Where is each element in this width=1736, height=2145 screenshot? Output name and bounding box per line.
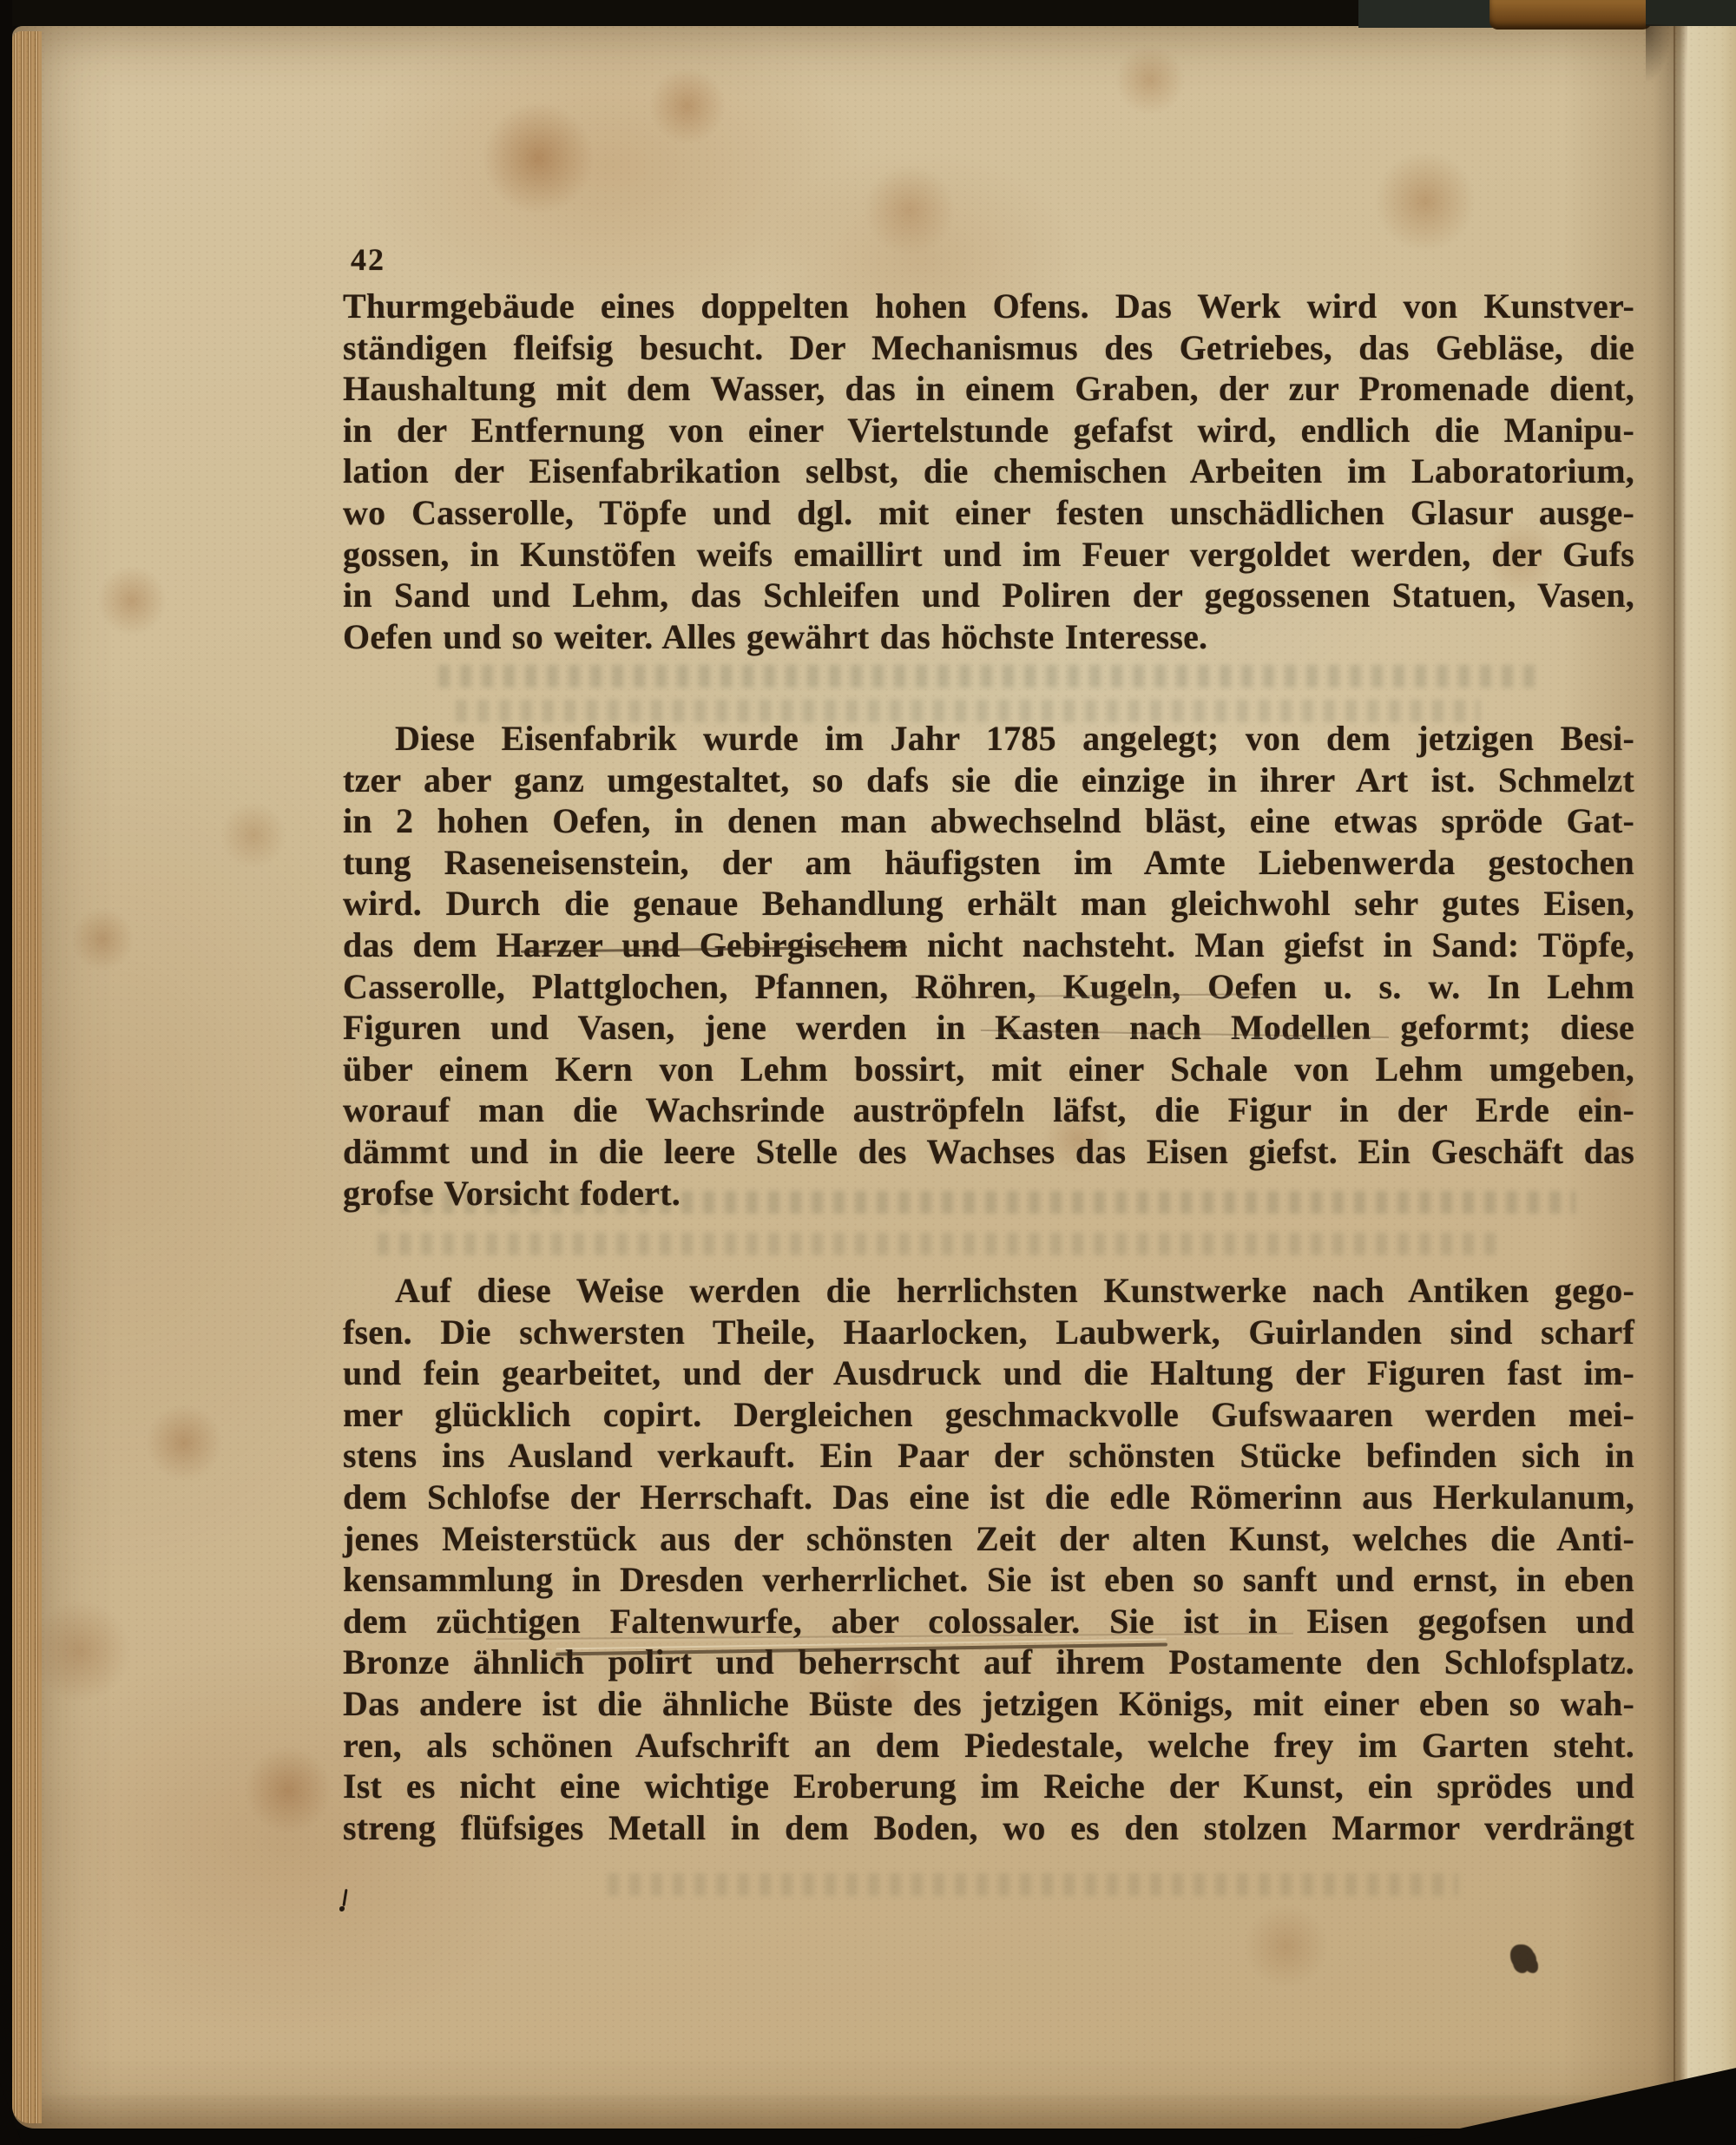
binding-shadow [1358,0,1502,28]
text-line: worauf man die Wachsrinde auströpfeln lä… [343,1089,1634,1131]
text-line: und fein gearbeitet, und der Ausdruck un… [343,1352,1634,1394]
corner-shadow [1646,24,1680,102]
text-line: fsen. Die schwersten Theile, Haarlocken,… [343,1312,1634,1353]
binding-shadow [1646,0,1736,26]
paragraph-1: Thurmgebäude eines doppelten hohen Ofens… [343,286,1634,657]
text-line: wird. Durch die genaue Behandlung erhält… [343,883,1634,924]
text-line: dem züchtigen Faltenwurfe, aber colossal… [343,1601,1634,1642]
text-line: Das andere ist die ähnliche Büste des je… [343,1683,1634,1725]
text-line: jenes Meisterstück aus der schönsten Zei… [343,1518,1634,1560]
text-line: ren, als schönen Aufschrift an dem Piede… [343,1725,1634,1767]
leather-binding-edge [1489,0,1653,30]
text-line: Thurmgebäude eines doppelten hohen Ofens… [343,286,1634,327]
text-line: wo Casserolle, Töpfe und dgl. mit einer … [343,492,1634,534]
text-line: dämmt und in die leere Stelle des Wachse… [343,1131,1634,1173]
text-line: Haushaltung mit dem Wasser, das in einem… [343,368,1634,410]
text-line: grofse Vorsicht fodert. [343,1173,1634,1214]
text-line: Casserolle, Plattglochen, Pfannen, Röhre… [343,966,1634,1008]
next-page-edge [1687,26,1736,2129]
text-line: in 2 hohen Oefen, in denen man abwechsel… [343,800,1634,842]
text-line: Auf diese Weise werden die herrlichsten … [343,1270,1634,1312]
paragraph-3: Auf diese Weise werden die herrlichsten … [343,1270,1634,1848]
text-line: tung Raseneisenstein, der am häufigsten … [343,842,1634,884]
text-line: Bronze ähnlich polirt und beherrscht auf… [343,1642,1634,1683]
text-line: das dem Harzer und Gebirgischem nicht na… [343,924,1634,966]
scan-background-left [0,0,12,2145]
text-line: in Sand und Lehm, das Schleifen und Poli… [343,575,1634,616]
text-line: mer glücklich copirt. Dergleichen geschm… [343,1394,1634,1436]
book-scan-page: 42 Thurmgebäude eines doppelten hohen Of… [0,0,1736,2145]
text-line: Diese Eisenfabrik wurde im Jahr 1785 ang… [343,718,1634,760]
text-line: lation der Eisenfabrikation selbst, die … [343,451,1634,492]
text-line: streng flüfsiges Metall in dem Boden, wo… [343,1807,1634,1849]
text-line: tzer aber ganz umgestaltet, so dafs sie … [343,760,1634,801]
text-line: ständigen fleifsig besucht. Der Mechanis… [343,327,1634,369]
text-line: kensammlung in Dresden verherrlichet. Si… [343,1559,1634,1601]
text-line: in der Entfernung von einer Viertelstund… [343,410,1634,451]
page-number: 42 [351,241,385,278]
paragraph-2: Diese Eisenfabrik wurde im Jahr 1785 ang… [343,718,1634,1214]
stacked-page-edges [12,31,42,2123]
text-line: über einem Kern von Lehm bossirt, mit ei… [343,1049,1634,1090]
text-line: gossen, in Kunstöfen weifs emaillirt und… [343,534,1634,576]
text-line: Oefen und so weiter. Alles gewährt das h… [343,616,1634,658]
text-line: stens ins Ausland verkauft. Ein Paar der… [343,1435,1634,1477]
text-line: dem Schlofse der Herrschaft. Das eine is… [343,1477,1634,1518]
text-line: Ist es nicht eine wichtige Eroberung im … [343,1766,1634,1807]
text-line: Figuren und Vasen, jene werden in Kasten… [343,1007,1634,1049]
